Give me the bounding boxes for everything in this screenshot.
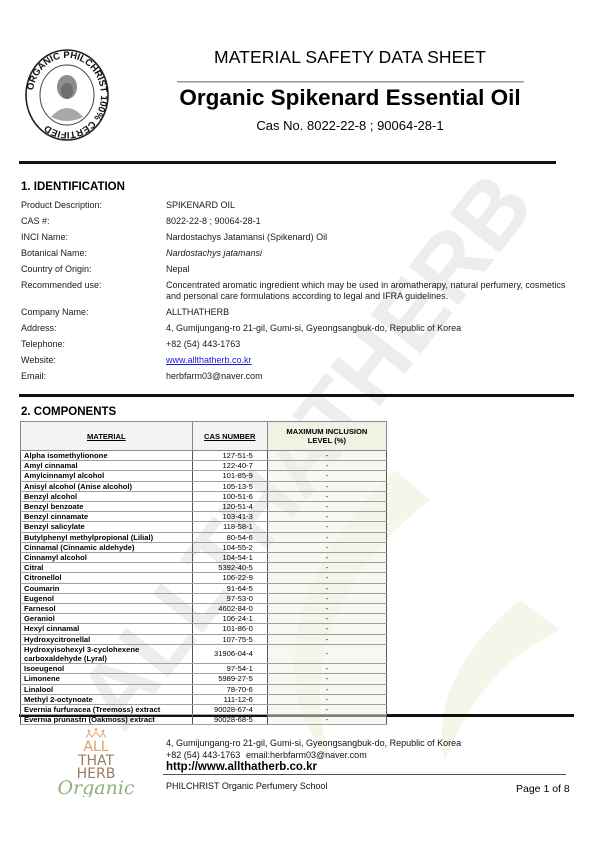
- website-link[interactable]: www.allthatherb.co.kr: [166, 355, 252, 365]
- cell-cas-number: 101-86-0: [192, 624, 267, 634]
- table-row: Cinnamal (Cinnamic aldehyde)104-55-2-: [21, 542, 387, 552]
- footer-rule: [163, 774, 566, 775]
- document-type: MATERIAL SAFETY DATA SHEET: [170, 47, 530, 68]
- header-material: MATERIAL: [21, 422, 193, 451]
- cell-max-inclusion: -: [267, 491, 386, 501]
- table-row: Benzyl cinnamate103-41-3-: [21, 512, 387, 522]
- components-table: MATERIAL CAS NUMBER MAXIMUM INCLUSION LE…: [20, 421, 387, 725]
- cell-max-inclusion: -: [267, 644, 386, 663]
- table-row: Butylphenyl methylpropional (Lilial)80-5…: [21, 532, 387, 542]
- cell-cas-number: 90028-68-5: [192, 715, 267, 725]
- cell-cas-number: 118-58-1: [192, 522, 267, 532]
- cell-material: Evernia furfuracea (Treemoss) extract: [21, 705, 193, 715]
- cell-max-inclusion: -: [267, 614, 386, 624]
- cell-max-inclusion: -: [267, 604, 386, 614]
- cell-material: Butylphenyl methylpropional (Lilial): [21, 532, 193, 542]
- cell-cas-number: 111-12-6: [192, 694, 267, 704]
- table-row: Citral5392-40-5-: [21, 563, 387, 573]
- cell-cas-number: 106-24-1: [192, 614, 267, 624]
- value-inci-name: Nardostachys Jatamansi (Spikenard) Oil: [166, 232, 327, 242]
- table-header-row: MATERIAL CAS NUMBER MAXIMUM INCLUSION LE…: [21, 422, 387, 451]
- table-row: Limonene5989-27-5-: [21, 674, 387, 684]
- table-row: Hydroxyisohexyl 3-cyclohexene carboxalde…: [21, 644, 387, 663]
- cell-max-inclusion: -: [267, 624, 386, 634]
- product-title: Organic Spikenard Essential Oil: [150, 85, 550, 111]
- cell-max-inclusion: -: [267, 705, 386, 715]
- cell-material: Evernia prunastri (Oakmoss) extract: [21, 715, 193, 725]
- value-address: 4, Gumijungang-ro 21-gil, Gumi-si, Gyeon…: [166, 323, 461, 333]
- footer-phone: +82 (54) 443-1763: [166, 750, 240, 760]
- table-row: Citronellol106-22-9-: [21, 573, 387, 583]
- cell-cas-number: 107-75-5: [192, 634, 267, 644]
- value-country-of-origin: Nepal: [166, 264, 190, 274]
- label-botanical-name: Botanical Name:: [21, 248, 87, 258]
- footer-address: 4, Gumijungang-ro 21-gil, Gumi-si, Gyeon…: [166, 738, 461, 748]
- cell-max-inclusion: -: [267, 563, 386, 573]
- label-product-description: Product Description:: [21, 200, 102, 210]
- cell-cas-number: 127-51-5: [192, 451, 267, 461]
- cell-max-inclusion: -: [267, 583, 386, 593]
- label-website: Website:: [21, 355, 56, 365]
- components-table-body: Alpha isomethylionone127-51-5-Amyl cinna…: [21, 451, 387, 725]
- table-row: Cinnamyl alcohol104-54-1-: [21, 553, 387, 563]
- section-components-title: 2. COMPONENTS: [21, 406, 116, 418]
- cell-max-inclusion: -: [267, 532, 386, 542]
- cell-material: Amyl cinnamal: [21, 461, 193, 471]
- cell-material: Hydroxyisohexyl 3-cyclohexene carboxalde…: [21, 644, 193, 663]
- cell-material: Geraniol: [21, 614, 193, 624]
- cell-cas-number: 97-54-1: [192, 664, 267, 674]
- cell-material: Benzyl salicylate: [21, 522, 193, 532]
- cell-cas-number: 80-54-6: [192, 532, 267, 542]
- cell-cas-number: 90028-67-4: [192, 705, 267, 715]
- label-country-of-origin: Country of Origin:: [21, 264, 92, 274]
- cas-number-line: Cas No. 8022-22-8 ; 90064-28-1: [170, 118, 530, 133]
- cell-material: Methyl 2-octynoate: [21, 694, 193, 704]
- cell-cas-number: 104-55-2: [192, 542, 267, 552]
- table-row: Benzyl benzoate120-51-4-: [21, 502, 387, 512]
- cell-max-inclusion: -: [267, 502, 386, 512]
- cell-max-inclusion: -: [267, 512, 386, 522]
- label-company-name: Company Name:: [21, 307, 89, 317]
- cell-material: Anisyl alcohol (Anise alcohol): [21, 481, 193, 491]
- cell-cas-number: 31906-04-4: [192, 644, 267, 663]
- cell-cas-number: 105-13-5: [192, 481, 267, 491]
- cell-material: Citral: [21, 563, 193, 573]
- label-recommended-use: Recommended use:: [21, 280, 102, 290]
- table-row: Benzyl salicylate118-58-1-: [21, 522, 387, 532]
- cell-cas-number: 120-51-4: [192, 502, 267, 512]
- cell-cas-number: 100-51-6: [192, 491, 267, 501]
- cell-max-inclusion: -: [267, 694, 386, 704]
- table-row: Evernia furfuracea (Treemoss) extract900…: [21, 705, 387, 715]
- cell-cas-number: 97-53-0: [192, 593, 267, 603]
- cell-material: Benzyl cinnamate: [21, 512, 193, 522]
- cell-material: Limonene: [21, 674, 193, 684]
- label-address: Address:: [21, 323, 57, 333]
- value-product-description: SPIKENARD OIL: [166, 200, 235, 210]
- table-row: Coumarin91-64-5-: [21, 583, 387, 593]
- cell-max-inclusion: -: [267, 542, 386, 552]
- cell-material: Benzyl benzoate: [21, 502, 193, 512]
- cell-max-inclusion: -: [267, 715, 386, 725]
- footer-email: email:herbfarm03@naver.com: [246, 750, 367, 760]
- value-cas: 8022-22-8 ; 90064-28-1: [166, 216, 261, 226]
- cell-cas-number: 4602-84-0: [192, 604, 267, 614]
- title-divider: [177, 81, 524, 83]
- footer-school: PHILCHRIST Organic Perfumery School: [166, 781, 327, 791]
- cell-material: Linalool: [21, 684, 193, 694]
- cell-cas-number: 101-85-9: [192, 471, 267, 481]
- table-row: Amyl cinnamal122-40-7-: [21, 461, 387, 471]
- cell-cas-number: 122-40-7: [192, 461, 267, 471]
- table-row: Geraniol106-24-1-: [21, 614, 387, 624]
- cell-max-inclusion: -: [267, 461, 386, 471]
- section-divider: [19, 394, 574, 397]
- label-inci-name: INCI Name:: [21, 232, 68, 242]
- philchrist-certified-seal: ORGANIC PHILCHRIST 100% CERTIFIED: [24, 47, 110, 143]
- cell-max-inclusion: -: [267, 451, 386, 461]
- cell-material: Cinnamyl alcohol: [21, 553, 193, 563]
- cell-max-inclusion: -: [267, 573, 386, 583]
- cell-material: Cinnamal (Cinnamic aldehyde): [21, 542, 193, 552]
- cell-material: Isoeugenol: [21, 664, 193, 674]
- value-company-name: ALLTHATHERB: [166, 307, 229, 317]
- cell-cas-number: 104-54-1: [192, 553, 267, 563]
- cell-material: Hydroxycitronellal: [21, 634, 193, 644]
- page-number: Page 1 of 8: [516, 783, 570, 795]
- table-row: Hexyl cinnamal101-86-0-: [21, 624, 387, 634]
- cell-material: Hexyl cinnamal: [21, 624, 193, 634]
- section-identification-title: 1. IDENTIFICATION: [21, 181, 125, 193]
- cell-max-inclusion: -: [267, 522, 386, 532]
- table-row: Eugenol97-53-0-: [21, 593, 387, 603]
- cell-max-inclusion: -: [267, 634, 386, 644]
- header-divider: [19, 161, 556, 164]
- cell-cas-number: 103-41-3: [192, 512, 267, 522]
- table-row: Hydroxycitronellal107-75-5-: [21, 634, 387, 644]
- header-cas-number: CAS NUMBER: [192, 422, 267, 451]
- label-telephone: Telephone:: [21, 339, 65, 349]
- cell-material: Farnesol: [21, 604, 193, 614]
- cell-max-inclusion: -: [267, 593, 386, 603]
- cell-cas-number: 106-22-9: [192, 573, 267, 583]
- table-row: Anisyl alcohol (Anise alcohol)105-13-5-: [21, 481, 387, 491]
- cell-material: Benzyl alcohol: [21, 491, 193, 501]
- cell-cas-number: 78-70-6: [192, 684, 267, 694]
- cell-material: Eugenol: [21, 593, 193, 603]
- cell-max-inclusion: -: [267, 674, 386, 684]
- cell-cas-number: 5989-27-5: [192, 674, 267, 684]
- label-email: Email:: [21, 371, 46, 381]
- cell-cas-number: 5392-40-5: [192, 563, 267, 573]
- table-row: Evernia prunastri (Oakmoss) extract90028…: [21, 715, 387, 725]
- table-row: Linalool78-70-6-: [21, 684, 387, 694]
- cell-material: Coumarin: [21, 583, 193, 593]
- table-row: Isoeugenol97-54-1-: [21, 664, 387, 674]
- cell-max-inclusion: -: [267, 664, 386, 674]
- value-botanical-name: Nardostachys jatamansi: [166, 248, 262, 258]
- cell-cas-number: 91-64-5: [192, 583, 267, 593]
- cell-max-inclusion: -: [267, 553, 386, 563]
- table-row: Benzyl alcohol100-51-6-: [21, 491, 387, 501]
- allthatherb-organic-logo: ALL THAT HERB Organic: [56, 727, 136, 797]
- table-row: Farnesol4602-84-0-: [21, 604, 387, 614]
- cell-material: Amylcinnamyl alcohol: [21, 471, 193, 481]
- value-email: herbfarm03@naver.com: [166, 371, 263, 381]
- cell-material: Citronellol: [21, 573, 193, 583]
- logo-word-organic: Organic: [57, 777, 134, 797]
- header-max-inclusion: MAXIMUM INCLUSION LEVEL (%): [267, 422, 386, 451]
- cell-max-inclusion: -: [267, 471, 386, 481]
- table-row: Amylcinnamyl alcohol101-85-9-: [21, 471, 387, 481]
- header-max-inclusion-text: MAXIMUM INCLUSION LEVEL (%): [286, 427, 368, 445]
- cell-material: Alpha isomethylionone: [21, 451, 193, 461]
- footer-website-link[interactable]: http://www.allthatherb.co.kr: [166, 761, 317, 773]
- label-cas: CAS #:: [21, 216, 50, 226]
- value-recommended-use: Concentrated aromatic ingredient which m…: [166, 280, 571, 301]
- value-telephone: +82 (54) 443-1763: [166, 339, 240, 349]
- cell-max-inclusion: -: [267, 481, 386, 491]
- table-row: Methyl 2-octynoate111-12-6-: [21, 694, 387, 704]
- table-row: Alpha isomethylionone127-51-5-: [21, 451, 387, 461]
- cell-max-inclusion: -: [267, 684, 386, 694]
